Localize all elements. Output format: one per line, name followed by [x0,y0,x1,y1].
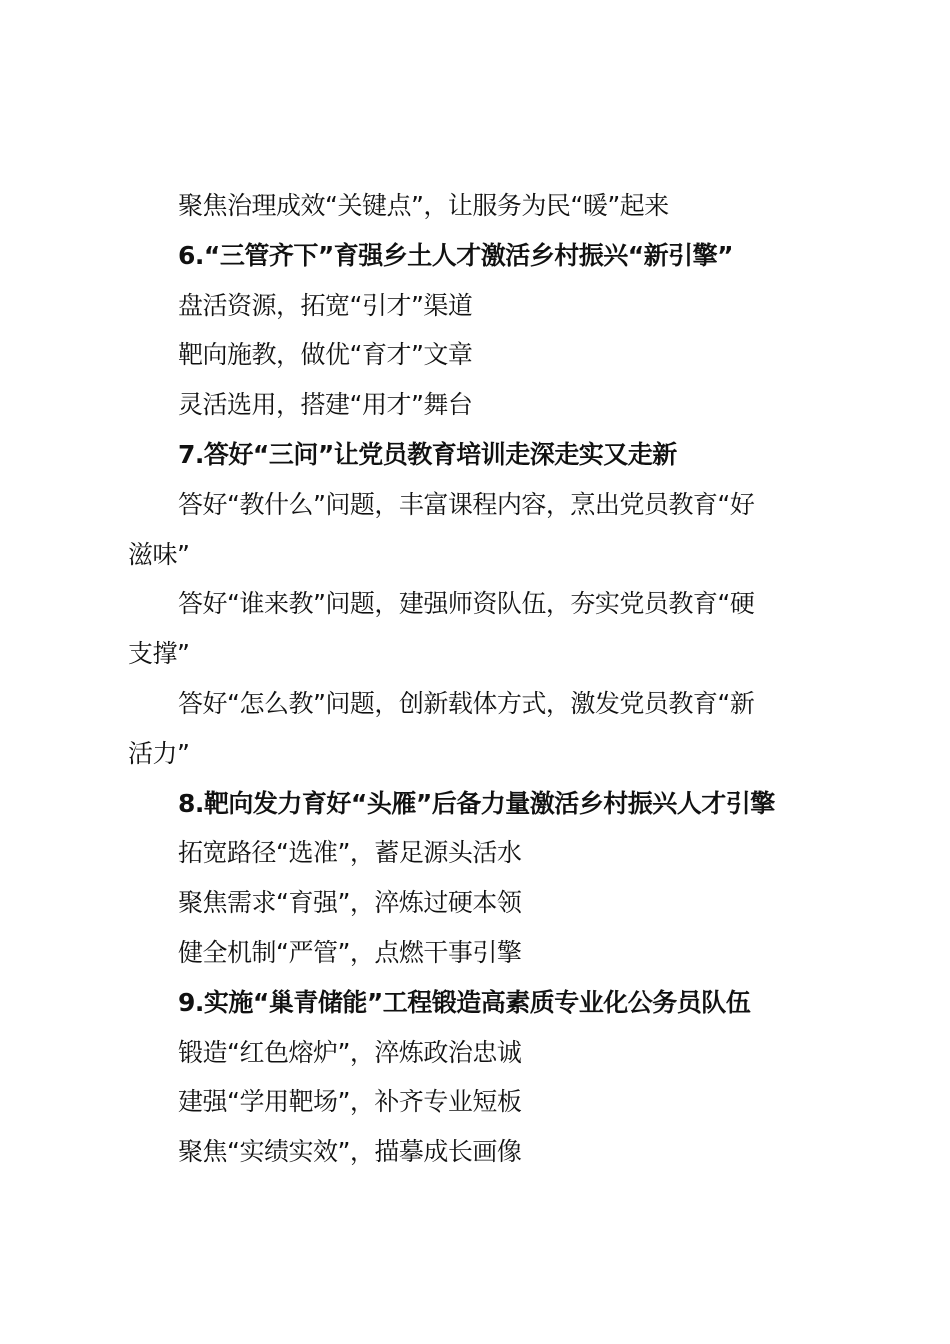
list-item: 聚焦“实绩实效”，描摹成长画像 [128,1127,832,1177]
paragraph-line: 答好“谁来教”问题，建强师资队伍，夯实党员教育“硬 [128,579,832,629]
section-heading-8: 8.靶向发力育好“头雁”后备力量激活乡村振兴人才引擎 [128,779,832,829]
list-item: 拓宽路径“选准”，蓄足源头活水 [128,828,832,878]
paragraph-line-wrap: 滋味” [128,530,832,580]
section-heading-7: 7.答好“三问”让党员教育培训走深走实又走新 [128,430,832,480]
document-body: 聚焦治理成效“关键点”，让服务为民“暖”起来 6.“三管齐下”育强乡土人才激活乡… [128,181,832,1177]
list-item: 灵活选用，搭建“用才”舞台 [128,380,832,430]
paragraph-line: 答好“教什么”问题，丰富课程内容，烹出党员教育“好 [128,480,832,530]
list-item: 聚焦需求“育强”，淬炼过硬本领 [128,878,832,928]
list-item: 盘活资源，拓宽“引才”渠道 [128,281,832,331]
paragraph-line-wrap: 支撑” [128,629,832,679]
list-item: 健全机制“严管”，点燃干事引擎 [128,928,832,978]
section-heading-6: 6.“三管齐下”育强乡土人才激活乡村振兴“新引擎” [128,231,832,281]
paragraph-line-wrap: 活力” [128,729,832,779]
paragraph-line: 答好“怎么教”问题，创新载体方式，激发党员教育“新 [128,679,832,729]
list-item: 聚焦治理成效“关键点”，让服务为民“暖”起来 [128,181,832,231]
list-item: 靶向施教，做优“育才”文章 [128,330,832,380]
list-item: 建强“学用靶场”，补齐专业短板 [128,1077,832,1127]
section-heading-9: 9.实施“巢青储能”工程锻造高素质专业化公务员队伍 [128,978,832,1028]
list-item: 锻造“红色熔炉”，淬炼政治忠诚 [128,1028,832,1078]
document-page: 聚焦治理成效“关键点”，让服务为民“暖”起来 6.“三管齐下”育强乡土人才激活乡… [0,0,950,1344]
